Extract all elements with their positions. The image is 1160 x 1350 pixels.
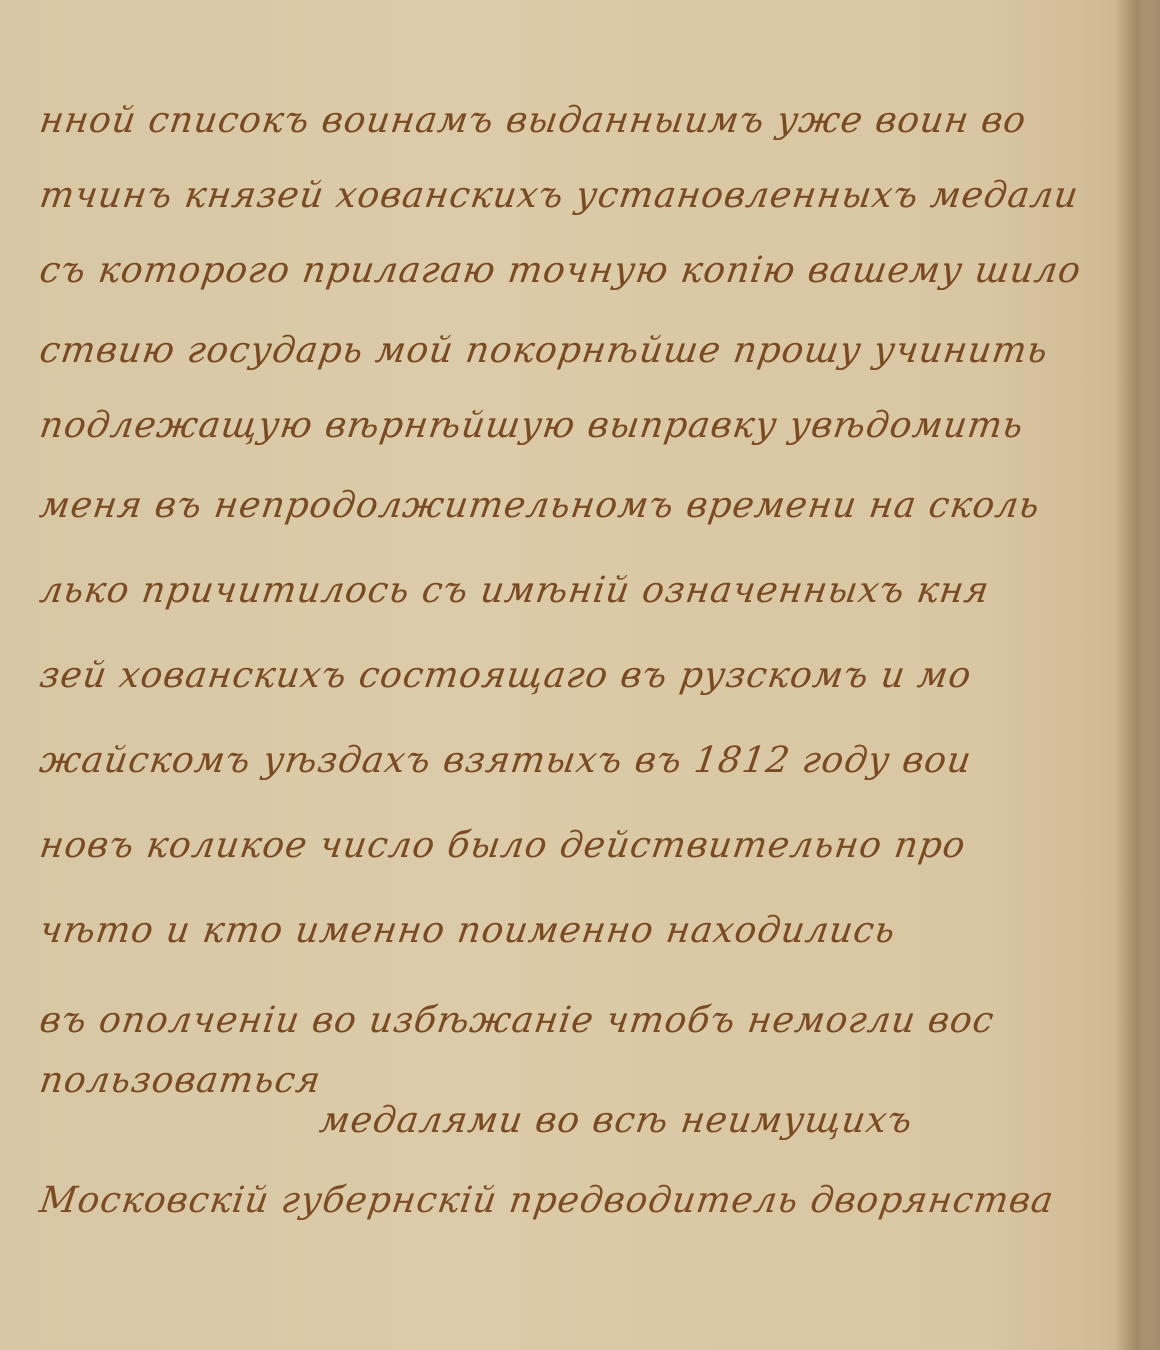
manuscript-line: медалями во всѣ неимущихъ (317, 1100, 915, 1141)
manuscript-line: зей хованскихъ состоящаго въ рузскомъ и … (37, 655, 974, 696)
manuscript-line: нной списокъ воинамъ выданныимъ уже воин… (37, 100, 1029, 141)
manuscript-line: тчинъ князей хованскихъ установленныхъ м… (37, 175, 1081, 216)
signature-line: Московскій губернскій предводитель дворя… (37, 1180, 1056, 1221)
manuscript-line: жайскомъ уѣздахъ взятыхъ въ 1812 году во… (37, 740, 974, 781)
manuscript-line: въ ополченіи во избѣжаніе чтобъ немогли … (37, 1000, 997, 1041)
page-binding-shadow (1142, 0, 1160, 1350)
manuscript-line: съ которого прилагаю точную копію вашему… (37, 250, 1084, 291)
manuscript-line: чѣто и кто именно поименно находились (37, 910, 898, 951)
manuscript-line: подлежащую вѣрнѣйшую выправку увѣдомить (37, 405, 1026, 446)
manuscript-line: новъ коликое число было действительно пр… (37, 825, 968, 866)
manuscript-line: лько причитилось съ имѣній означенныхъ к… (37, 570, 992, 611)
manuscript-line: меня въ непродолжительномъ времени на ск… (37, 485, 1043, 526)
manuscript-line: ствию государь мой покорнѣйше прошу учин… (37, 330, 1051, 371)
manuscript-line: пользоваться (37, 1060, 324, 1101)
manuscript-page: нной списокъ воинамъ выданныимъ уже воин… (0, 0, 1160, 1350)
